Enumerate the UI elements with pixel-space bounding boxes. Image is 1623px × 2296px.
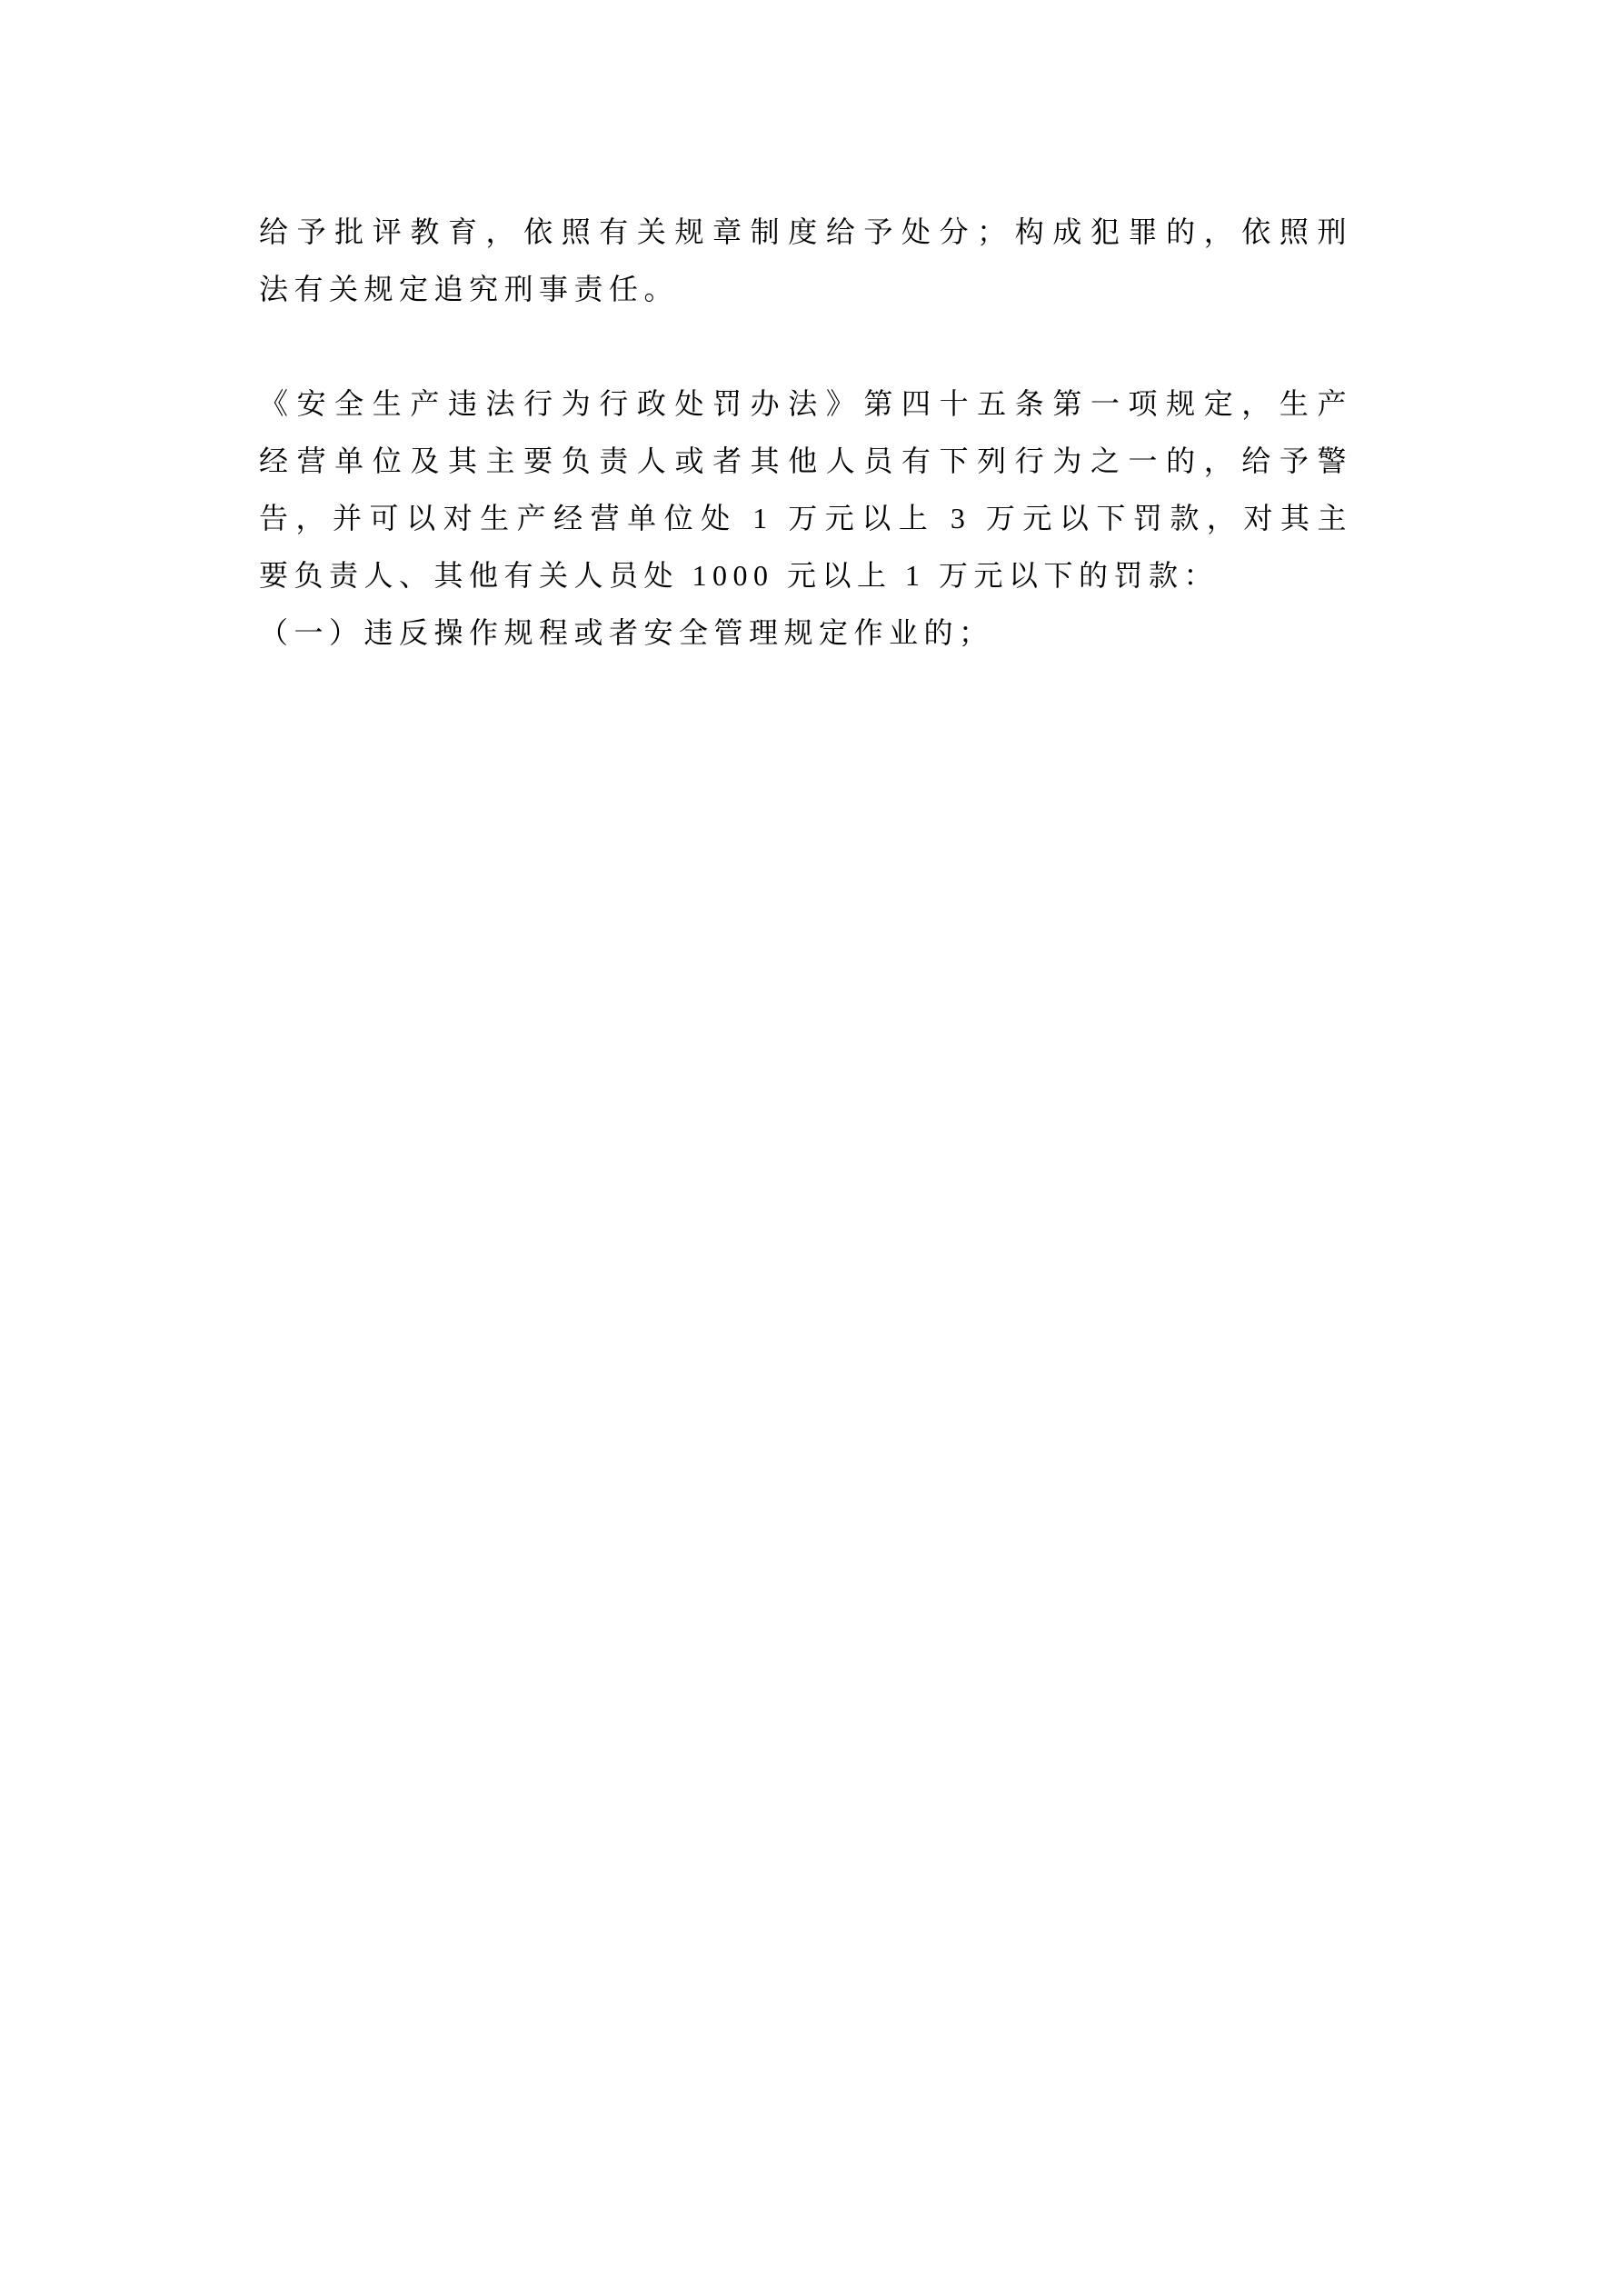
paragraph-3: （一）违反操作规程或者安全管理规定作业的； — [259, 604, 1352, 662]
paragraph-2: 《安全生产违法行为行政处罚办法》第四十五条第一项规定，生产 经营单位及其主要负责… — [259, 375, 1352, 604]
paragraph-1-line-1: 给予批评教育，依照有关规章制度给予处分；构成犯罪的，依照刑 — [259, 204, 1352, 261]
paragraph-2-line-1: 《安全生产违法行为行政处罚办法》第四十五条第一项规定，生产 — [259, 375, 1352, 433]
paragraph-1-line-2: 法有关规定追究刑事责任。 — [259, 261, 1352, 318]
paragraph-2-line-2: 经营单位及其主要负责人或者其他人员有下列行为之一的，给予警 — [259, 433, 1352, 490]
paragraph-1: 给予批评教育，依照有关规章制度给予处分；构成犯罪的，依照刑 法有关规定追究刑事责… — [259, 204, 1352, 318]
text-block: 给予批评教育，依照有关规章制度给予处分；构成犯罪的，依照刑 法有关规定追究刑事责… — [259, 204, 1352, 662]
paragraph-3-line-1: （一）违反操作规程或者安全管理规定作业的； — [259, 604, 1352, 662]
document-page: 给予批评教育，依照有关规章制度给予处分；构成犯罪的，依照刑 法有关规定追究刑事责… — [0, 0, 1623, 2296]
paragraph-2-line-4: 要负责人、其他有关人员处 1000 元以上 1 万元以下的罚款： — [259, 547, 1352, 604]
paragraph-2-line-3: 告，并可以对生产经营单位处 1 万元以上 3 万元以下罚款，对其主 — [259, 490, 1352, 547]
